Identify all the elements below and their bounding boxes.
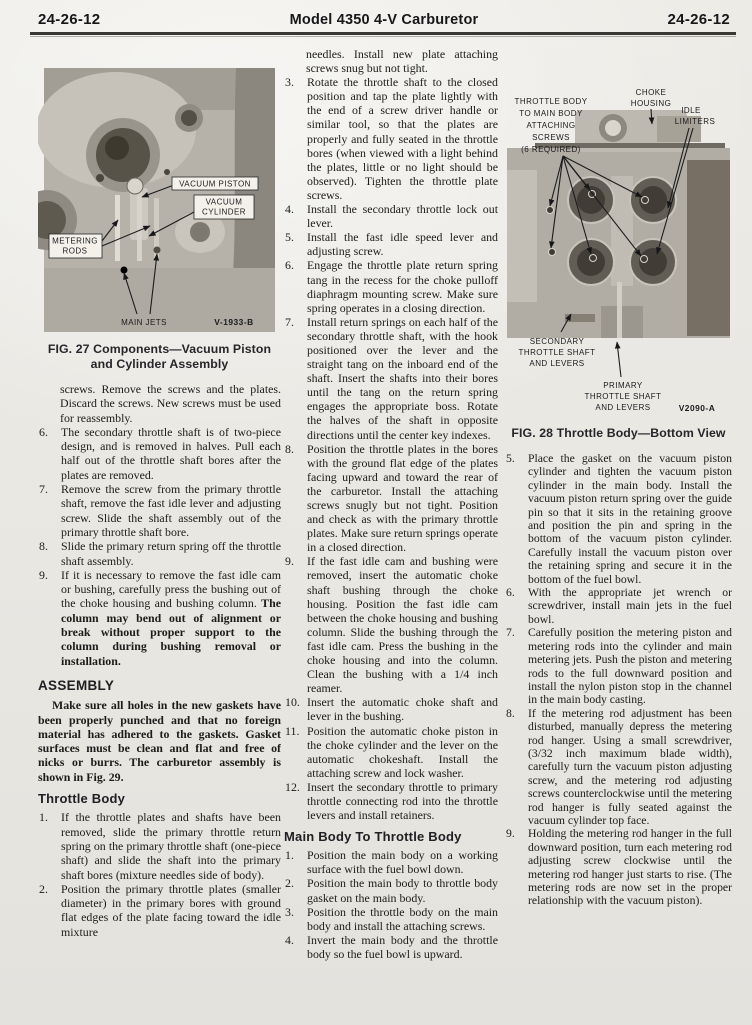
item-number: 12. <box>284 780 307 822</box>
list-item: 4.Invert the main body and the throttle … <box>284 933 498 961</box>
list-item: 1.Position the main body on a working su… <box>284 848 498 876</box>
item-text: The secondary throttle shaft is of two-p… <box>61 425 281 482</box>
item-text: Position the main body to throttle body … <box>307 876 498 904</box>
primary-shaft-label-2: THROTTLE SHAFT <box>585 392 662 401</box>
list-item: 6.The secondary throttle shaft is of two… <box>38 425 281 482</box>
list-item: 11.Position the automatic choke piston i… <box>284 724 498 780</box>
list-item: 5.Install the fast idle speed lever and … <box>284 230 498 258</box>
item-text: Holding the metering rod hanger in the f… <box>528 827 732 907</box>
list-item: 9.Holding the metering rod hanger in the… <box>505 827 732 907</box>
item-number: 5. <box>284 230 307 258</box>
item-text: Install return springs on each half of t… <box>307 315 498 442</box>
header-rule <box>30 32 736 35</box>
list-item: 8.Position the throttle plates in the bo… <box>284 442 498 555</box>
secondary-shaft-label-2: THROTTLE SHAFT <box>519 348 596 357</box>
item-text: Remove the screw from the primary thrott… <box>61 482 281 539</box>
item-number: 1. <box>284 848 307 876</box>
list-item: 4.Install the secondary throttle lock ou… <box>284 202 498 230</box>
item-number: 2. <box>38 882 61 939</box>
idle-limiters-label-1: IDLE <box>681 106 701 115</box>
item-number: 8. <box>284 442 307 555</box>
page-header: 24-26-12 Model 4350 4-V Carburetor 24-26… <box>38 11 730 28</box>
item-number: 7. <box>505 626 528 706</box>
item-number: 7. <box>38 482 61 539</box>
list-item: 9.If the fast idle cam and bushing were … <box>284 554 498 695</box>
item-number: 7. <box>284 315 307 442</box>
list-item: 8.Slide the primary return spring off th… <box>38 539 281 568</box>
metering-rods-label-1: METERING <box>52 237 98 246</box>
subheading-main-body: Main Body To Throttle Body <box>284 830 498 844</box>
paragraph-continuation: screws. Remove the screws and the plates… <box>60 382 281 425</box>
item-number: 9. <box>505 827 528 907</box>
fig28-caption: FIG. 28 Throttle Body—Bottom View <box>505 426 732 441</box>
list-item: 12.Insert the secondary throttle to prim… <box>284 780 498 822</box>
fig27-photo: VACUUM PISTON VACUUM CYLINDER METERING R… <box>38 60 281 338</box>
figure-28: THROTTLE BODY TO MAIN BODY ATTACHING SCR… <box>505 82 732 427</box>
middle-column: needles. Install new plate attaching scr… <box>284 47 498 1023</box>
attaching-screws-label-4: SCREWS <box>532 133 570 142</box>
left-column: screws. Remove the screws and the plates… <box>38 382 281 1023</box>
secondary-shaft-label-3: AND LEVERS <box>529 359 584 368</box>
item-text: Position the automatic choke piston in t… <box>307 724 498 780</box>
item-text: If the fast idle cam and bushing were re… <box>307 554 498 695</box>
fig27-caption: FIG. 27 Components—Vacuum Piston and Cyl… <box>38 342 281 372</box>
list-item: 2.Position the primary throttle plates (… <box>38 882 281 939</box>
item-number: 6. <box>505 586 528 626</box>
item-number: 4. <box>284 202 307 230</box>
item-text: Position the throttle body on the main b… <box>307 905 498 933</box>
primary-shaft-label-3: AND LEVERS <box>595 403 650 412</box>
list-item: 10.Insert the automatic choke shaft and … <box>284 695 498 723</box>
idle-limiters-label-2: LIMITERS <box>675 117 716 126</box>
choke-housing-label-1: CHOKE <box>636 88 667 97</box>
primary-shaft-label-1: PRIMARY <box>603 381 643 390</box>
fig28-photo-id: V2090-A <box>679 403 716 413</box>
page-title: Model 4350 4-V Carburetor <box>290 12 479 28</box>
attaching-screws-label-2: TO MAIN BODY <box>519 109 583 118</box>
figure-27: VACUUM PISTON VACUUM CYLINDER METERING R… <box>38 60 281 343</box>
item-number: 10. <box>284 695 307 723</box>
list-item: 8.If the metering rod adjustment has bee… <box>505 707 732 828</box>
item-text: Engage the throttle plate return spring … <box>307 258 498 314</box>
fig28-photo: THROTTLE BODY TO MAIN BODY ATTACHING SCR… <box>505 82 732 422</box>
item-text: With the appropriate jet wrench or screw… <box>528 586 732 626</box>
vacuum-piston-label: VACUUM PISTON <box>179 180 251 189</box>
item-number: 8. <box>38 539 61 568</box>
section-heading-assembly: ASSEMBLY <box>38 679 281 693</box>
list-item: 7.Carefully position the metering piston… <box>505 626 732 706</box>
item-number: 1. <box>38 810 61 881</box>
item-text: Invert the main body and the throttle bo… <box>307 933 498 961</box>
assembly-paragraph: Make sure all holes in the new gaskets h… <box>38 698 281 784</box>
vacuum-cylinder-label-1: VACUUM <box>206 198 243 207</box>
secondary-shaft-label-1: SECONDARY <box>530 337 585 346</box>
item-number: 5. <box>505 452 528 586</box>
item-text: Place the gasket on the vacuum piston cy… <box>528 452 732 586</box>
item-number: 6. <box>38 425 61 482</box>
page-number-left: 24-26-12 <box>38 11 100 28</box>
list-item: 6.With the appropriate jet wrench or scr… <box>505 586 732 626</box>
choke-housing-label-2: HOUSING <box>631 99 672 108</box>
item-number: 3. <box>284 905 307 933</box>
item-number: 9. <box>284 554 307 695</box>
item-text: Install the fast idle speed lever and ad… <box>307 230 498 258</box>
list-item: 7.Install return springs on each half of… <box>284 315 498 442</box>
list-item: 6.Engage the throttle plate return sprin… <box>284 258 498 314</box>
item-text: Position the primary throttle plates (sm… <box>61 882 281 939</box>
callout-primary-shaft: PRIMARY THROTTLE SHAFT AND LEVERS <box>585 342 662 412</box>
list-item: 9.If it is necessary to remove the fast … <box>38 568 281 668</box>
item-number: 3. <box>284 75 307 202</box>
metering-rods-label-2: RODS <box>63 247 88 256</box>
vacuum-cylinder-label-2: CYLINDER <box>202 208 246 217</box>
item-text: Insert the automatic choke shaft and lev… <box>307 695 498 723</box>
item-text: Position the main body on a working surf… <box>307 848 498 876</box>
page-number-right: 24-26-12 <box>668 11 730 28</box>
list-item: 3.Position the throttle body on the main… <box>284 905 498 933</box>
item-number: 6. <box>284 258 307 314</box>
attaching-screws-label-1: THROTTLE BODY <box>515 97 588 106</box>
item-text: Slide the primary return spring off the … <box>61 539 281 568</box>
fig27-photo-id: V-1933-B <box>214 317 253 327</box>
item-text: Rotate the throttle shaft to the closed … <box>307 75 498 202</box>
main-jets-label: MAIN JETS <box>121 318 167 327</box>
item-text: Insert the secondary throttle to primary… <box>307 780 498 822</box>
subheading-throttle-body: Throttle Body <box>38 792 281 806</box>
attaching-screws-label-5: (6 REQUIRED) <box>521 145 581 154</box>
list-item: 7.Remove the screw from the primary thro… <box>38 482 281 539</box>
attaching-screws-label-3: ATTACHING <box>526 121 575 130</box>
list-item: 2.Position the main body to throttle bod… <box>284 876 498 904</box>
header-rule-shadow <box>30 36 736 37</box>
item-text: Install the secondary throttle lock out … <box>307 202 498 230</box>
right-column: 5.Place the gasket on the vacuum piston … <box>505 452 732 1017</box>
list-item: 5.Place the gasket on the vacuum piston … <box>505 452 732 586</box>
item-text: If it is necessary to remove the fast id… <box>61 568 281 668</box>
item-text: Position the throttle plates in the bore… <box>307 442 498 555</box>
paragraph-continuation: needles. Install new plate attaching scr… <box>306 47 498 75</box>
item-number: 11. <box>284 724 307 780</box>
item-number: 4. <box>284 933 307 961</box>
manual-page: { "header": { "page_left": "24-26-12", "… <box>0 0 752 1025</box>
item-number: 8. <box>505 707 528 828</box>
item-text: Carefully position the metering piston a… <box>528 626 732 706</box>
item-text: If the metering rod adjustment has been … <box>528 707 732 828</box>
item-number: 2. <box>284 876 307 904</box>
item-text: If the throttle plates and shafts have b… <box>61 810 281 881</box>
item-number: 9. <box>38 568 61 668</box>
list-item: 1.If the throttle plates and shafts have… <box>38 810 281 881</box>
list-item: 3.Rotate the throttle shaft to the close… <box>284 75 498 202</box>
item-text-normal: If it is necessary to remove the fast id… <box>61 568 281 611</box>
